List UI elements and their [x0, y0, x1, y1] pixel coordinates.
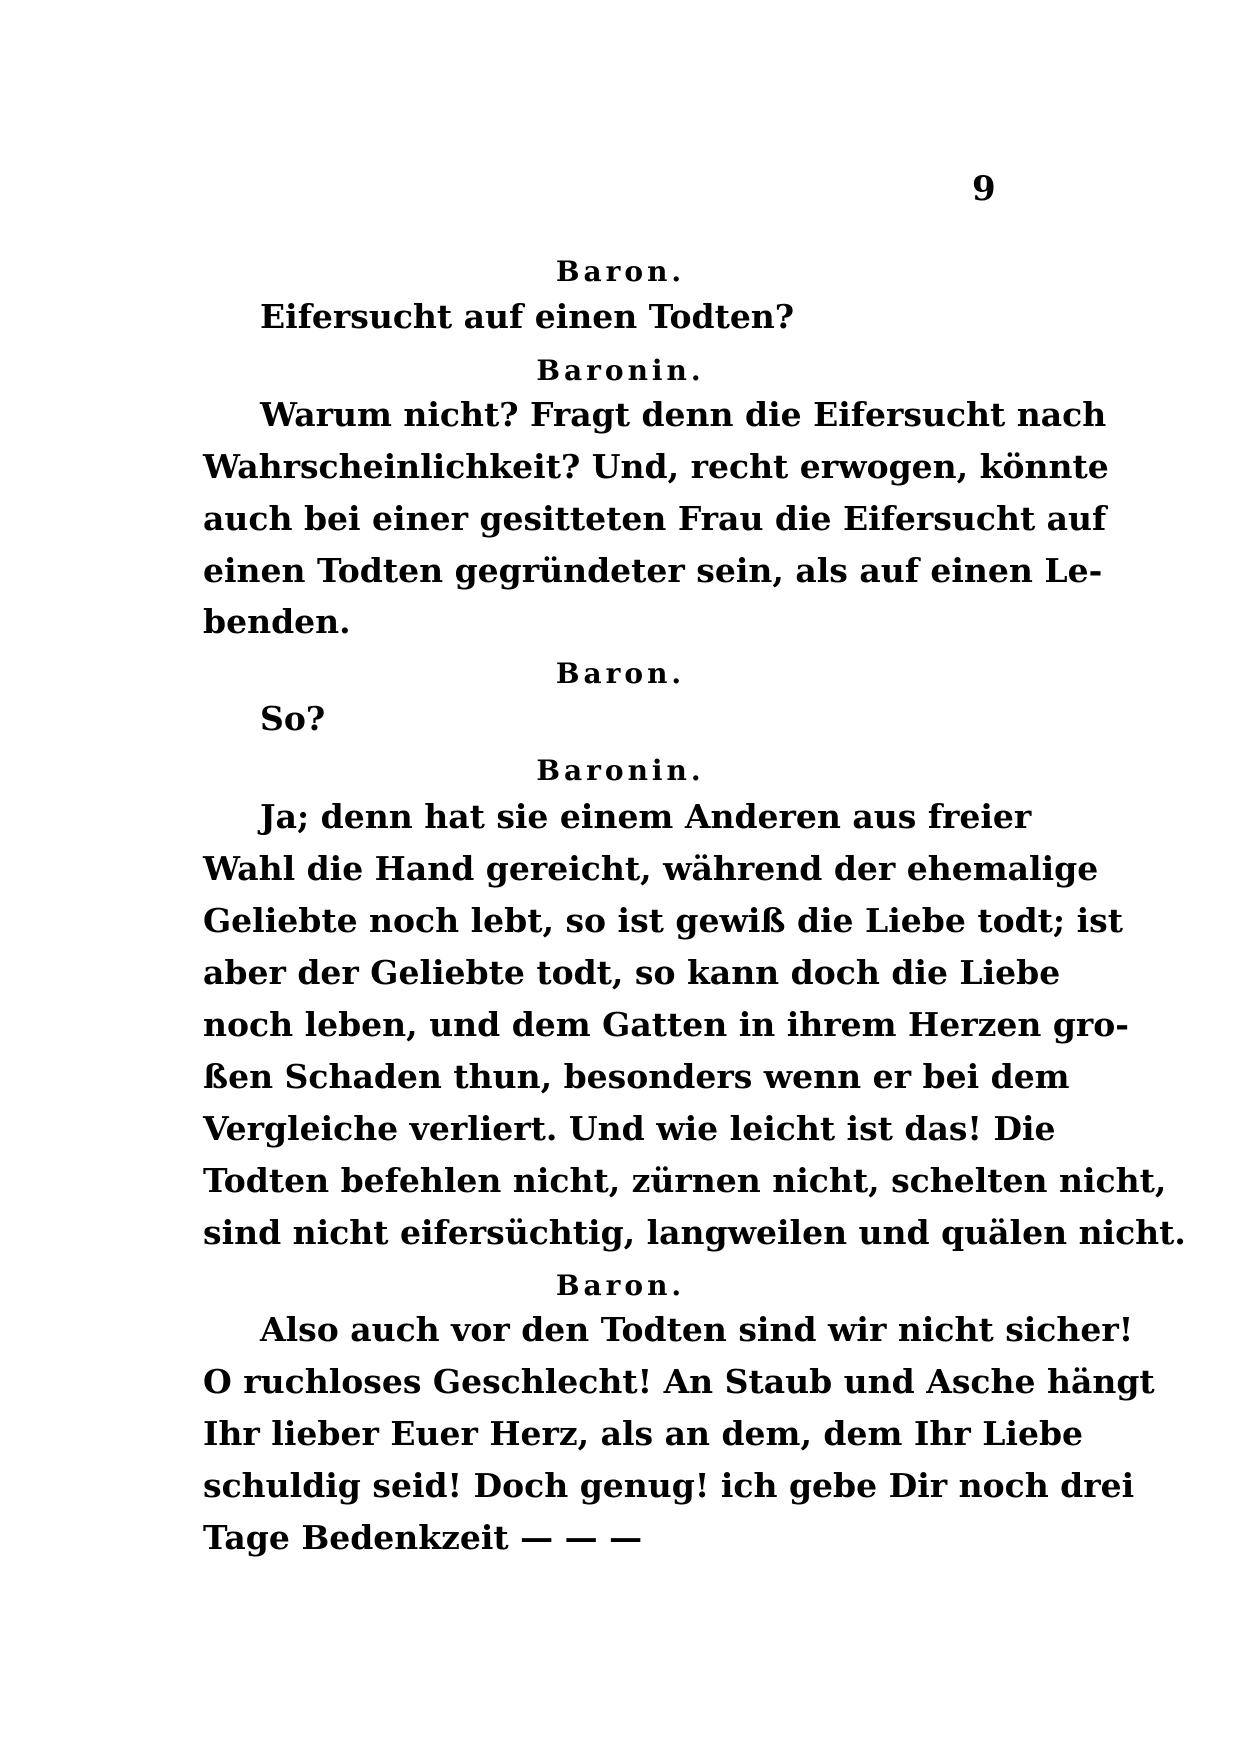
text-line: noch leben, und dem Gatten in ihrem Herz…	[203, 1008, 1003, 1041]
text-line: sind nicht eifersüchtig, langweilen und …	[203, 1216, 1003, 1249]
text-line: schuldig seid! Doch genug! ich gebe Dir …	[203, 1469, 1003, 1502]
text-line: Ja; denn hat sie einem Anderen aus freie…	[260, 800, 1003, 833]
text-line: Geliebte noch lebt, so ist gewiß die Lie…	[203, 904, 1003, 937]
text-line: So?	[260, 702, 1003, 735]
text-line: aber der Geliebte todt, so kann doch die…	[203, 956, 1003, 989]
speaker-heading: Baronin.	[0, 357, 1241, 385]
page-number: 9	[972, 172, 996, 206]
speaker-heading: Baron.	[0, 258, 1241, 286]
text-line: Warum nicht? Fragt denn die Eifersucht n…	[260, 398, 1003, 431]
text-line: Eifersucht auf einen Todten?	[260, 300, 1003, 333]
text-line: Also auch vor den Todten sind wir nicht …	[260, 1313, 1003, 1346]
speaker-heading: Baron.	[0, 660, 1241, 688]
speaker-heading: Baronin.	[0, 757, 1241, 785]
text-line: Ihr lieber Euer Herz, als an dem, dem Ih…	[203, 1417, 1003, 1450]
book-page: 9 Baron.Eifersucht auf einen Todten?Baro…	[0, 0, 1241, 1754]
text-line: Todten befehlen nicht, zürnen nicht, sch…	[203, 1164, 1003, 1197]
text-line: ßen Schaden thun, besonders wenn er bei …	[203, 1060, 1003, 1093]
text-line: benden.	[203, 605, 1003, 638]
text-line: Tage Bedenkzeit — — —	[203, 1521, 1003, 1554]
text-line: Wahrscheinlichkeit? Und, recht erwogen, …	[203, 450, 1003, 483]
text-line: O ruchloses Geschlecht! An Staub und Asc…	[203, 1365, 1003, 1398]
speaker-heading: Baron.	[0, 1272, 1241, 1300]
text-line: auch bei einer gesitteten Frau die Eifer…	[203, 502, 1003, 535]
text-line: einen Todten gegründeter sein, als auf e…	[203, 554, 1003, 587]
text-line: Vergleiche verliert. Und wie leicht ist …	[203, 1112, 1003, 1145]
text-line: Wahl die Hand gereicht, während der ehem…	[203, 852, 1003, 885]
